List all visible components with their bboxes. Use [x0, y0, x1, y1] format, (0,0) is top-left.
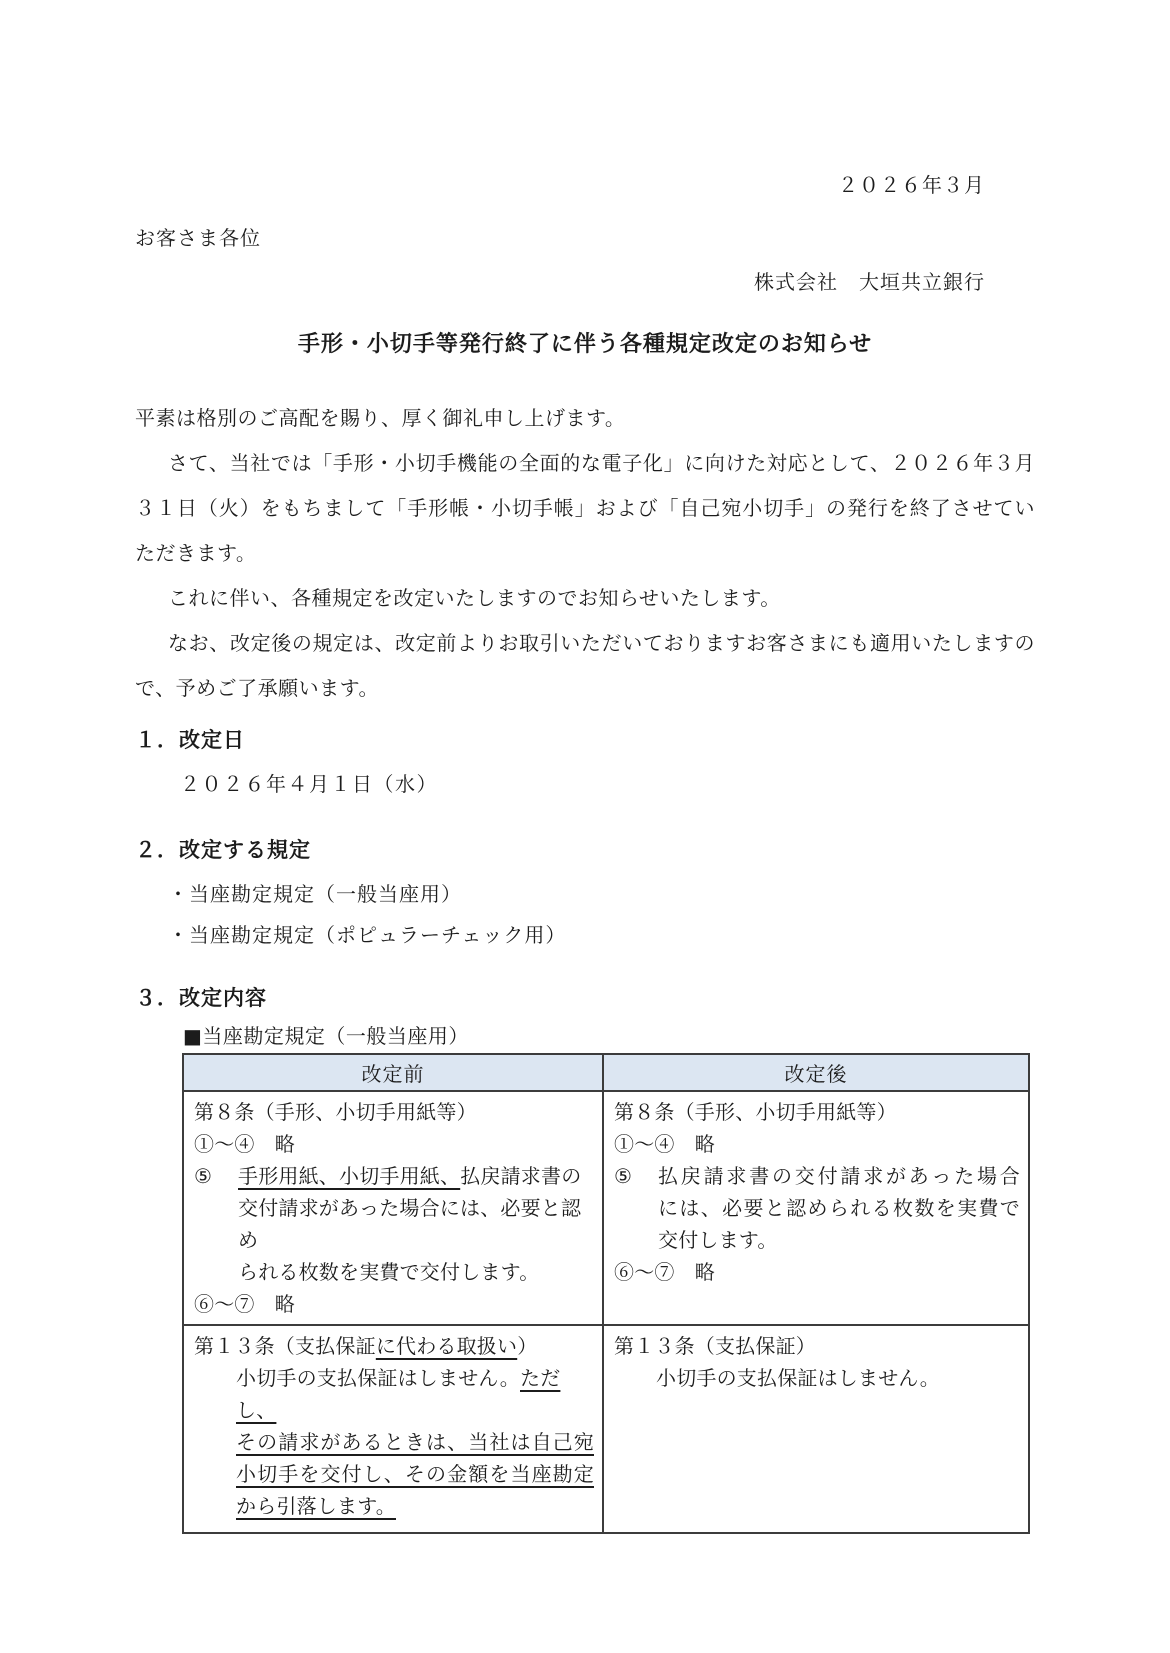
item-5-continuation-1: 交付請求があった場合には、必要と認め — [238, 1192, 594, 1256]
article-13-after-cell: 第１３条（支払保証） 小切手の支払保証はしません。 — [603, 1325, 1029, 1533]
section-1-content-revision-date: ２０２６年４月１日（水） — [180, 771, 1170, 797]
recipient-line: お客さま各位 — [135, 225, 1170, 251]
article-8-after-cell: 第８条（手形、小切手用紙等） ①～④ 略 ⑤ 払戻請求書の交付請求があった場合 … — [603, 1091, 1029, 1325]
paragraph-revision-notice: これに伴い、各種規定を改定いたしますのでお知らせいたします。 — [135, 576, 1035, 621]
article-13-after-title: 第１３条（支払保証） — [614, 1330, 1020, 1362]
section-3-subheading: ■当座勘定規定（一般当座用） — [183, 1023, 1170, 1049]
item-5-underlined-text: 手形用紙、小切手用紙、 — [238, 1164, 460, 1188]
article-13-before-body-4: から引落します。 — [236, 1490, 594, 1522]
body-underlined-3: 小切手を交付し、その金額を当座勘定 — [236, 1462, 594, 1486]
article-13-after-body: 小切手の支払保証はしません。 — [656, 1362, 1020, 1394]
article-13-before-body-2: その請求があるときは、当社は自己宛 — [236, 1426, 594, 1458]
table-header-row: 改定前 改定後 — [183, 1054, 1029, 1091]
item-5-marker: ⑤ — [614, 1160, 658, 1192]
item-5-text: 手形用紙、小切手用紙、払戻請求書の — [238, 1160, 594, 1192]
article-8-before-cell: 第８条（手形、小切手用紙等） ①～④ 略 ⑤ 手形用紙、小切手用紙、払戻請求書の… — [183, 1091, 603, 1325]
title-underlined: に代わる取扱い — [376, 1334, 517, 1358]
table-row-article-13: 第１３条（支払保証に代わる取扱い） 小切手の支払保証はしません。ただし、 その請… — [183, 1325, 1029, 1533]
section-1-heading: １．改定日 — [135, 727, 1170, 753]
article-8-before-items-1-4: ①～④ 略 — [194, 1128, 594, 1160]
article-8-after-items-6-7: ⑥～⑦ 略 — [614, 1256, 1020, 1288]
article-8-after-title: 第８条（手形、小切手用紙等） — [614, 1096, 1020, 1128]
article-13-before-body-1: 小切手の支払保証はしません。ただし、 — [236, 1362, 594, 1426]
document-date: ２０２６年３月 — [0, 172, 985, 198]
article-8-before-items-6-7: ⑥～⑦ 略 — [194, 1288, 594, 1320]
section-2-item-general: ・当座勘定規定（一般当座用） — [168, 881, 1170, 907]
body-pre: 小切手の支払保証はしません。 — [236, 1366, 520, 1390]
item-5-continuation-2: られる枚数を実費で交付します。 — [238, 1256, 594, 1288]
article-13-before-body-3: 小切手を交付し、その金額を当座勘定 — [236, 1458, 594, 1490]
item-5-continuation-2: 交付します。 — [658, 1224, 1020, 1256]
paragraph-application-note: なお、改定後の規定は、改定前よりお取引いただいておりますお客さまにも適用いたしま… — [135, 621, 1035, 711]
section-2-item-popular-check: ・当座勘定規定（ポピュラーチェック用） — [168, 922, 1170, 948]
item-5-rest-text: 払戻請求書の — [460, 1164, 581, 1188]
title-post: ） — [517, 1334, 537, 1358]
document-title: 手形・小切手等発行終了に伴う各種規定改定のお知らせ — [0, 331, 1170, 359]
article-8-before-item-5: ⑤ 手形用紙、小切手用紙、払戻請求書の — [194, 1160, 594, 1192]
table-header-after: 改定後 — [603, 1054, 1029, 1091]
title-pre: 第１３条（支払保証 — [194, 1334, 376, 1358]
body-underlined-2: その請求があるときは、当社は自己宛 — [236, 1430, 594, 1454]
article-8-after-items-1-4: ①～④ 略 — [614, 1128, 1020, 1160]
paragraph-greeting: 平素は格別のご高配を賜り、厚く御礼申し上げます。 — [135, 396, 1035, 441]
paragraph-announcement: さて、当社では「手形・小切手機能の全面的な電子化」に向けた対応として、２０２６年… — [135, 441, 1035, 576]
table-row-article-8: 第８条（手形、小切手用紙等） ①～④ 略 ⑤ 手形用紙、小切手用紙、払戻請求書の… — [183, 1091, 1029, 1325]
document-page: ２０２６年３月 お客さま各位 株式会社 大垣共立銀行 手形・小切手等発行終了に伴… — [0, 0, 1170, 1653]
item-5-text: 払戻請求書の交付請求があった場合 — [658, 1160, 1020, 1192]
article-8-before-title: 第８条（手形、小切手用紙等） — [194, 1096, 594, 1128]
article-13-before-title: 第１３条（支払保証に代わる取扱い） — [194, 1330, 594, 1362]
company-name: 株式会社 大垣共立銀行 — [0, 269, 985, 295]
article-13-before-cell: 第１３条（支払保証に代わる取扱い） 小切手の支払保証はしません。ただし、 その請… — [183, 1325, 603, 1533]
item-5-continuation-1: には、必要と認められる枚数を実費で — [658, 1192, 1020, 1224]
body-underlined-4: から引落します。 — [236, 1494, 396, 1518]
revision-comparison-table: 改定前 改定後 第８条（手形、小切手用紙等） ①～④ 略 ⑤ 手形用紙、小切手用… — [182, 1053, 1030, 1534]
body-text: 平素は格別のご高配を賜り、厚く御礼申し上げます。 さて、当社では「手形・小切手機… — [135, 396, 1035, 711]
item-5-marker: ⑤ — [194, 1160, 238, 1192]
section-2-heading: ２．改定する規定 — [135, 837, 1170, 863]
table-header-before: 改定前 — [183, 1054, 603, 1091]
article-8-after-item-5: ⑤ 払戻請求書の交付請求があった場合 — [614, 1160, 1020, 1192]
section-3-heading: ３．改定内容 — [135, 985, 1170, 1011]
